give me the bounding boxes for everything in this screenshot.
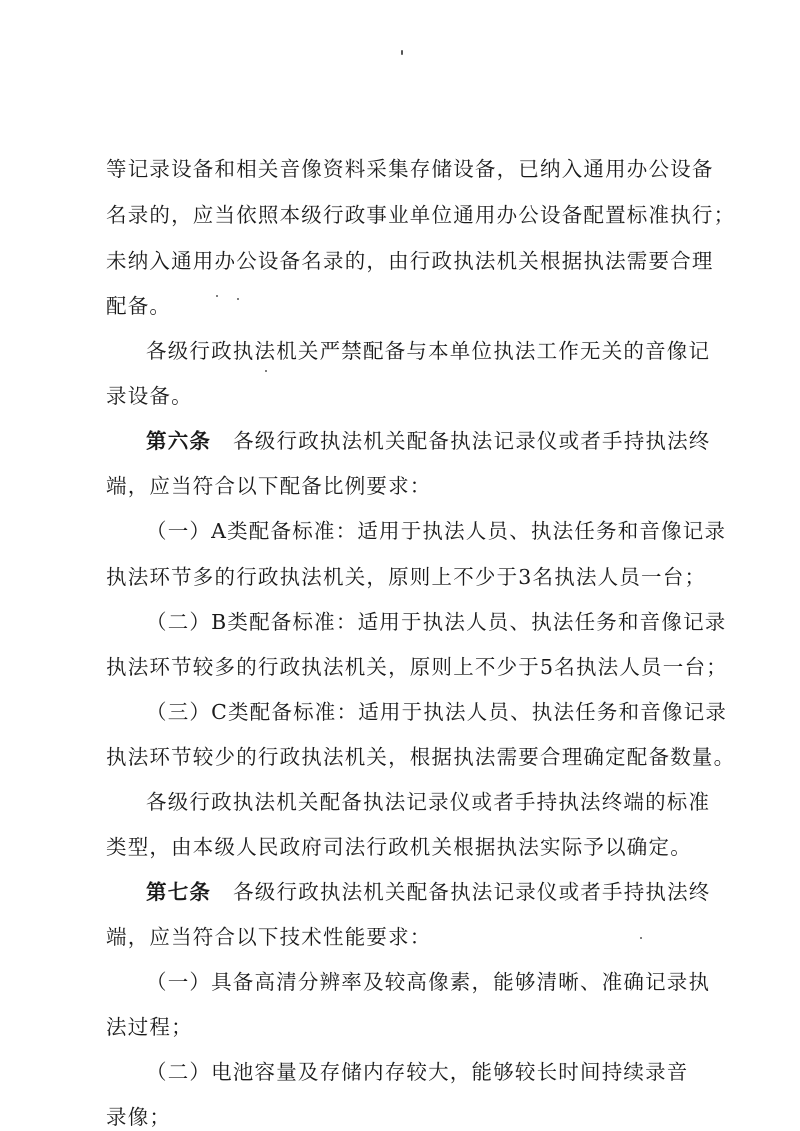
list-item-1: （一）具备高清分辨率及较高像素，能够清晰、准确记录执	[146, 967, 746, 997]
article-seven-text: 各级行政执法机关配备执法记录仪或者手持执法终	[233, 880, 710, 904]
list-item-2: （二）电池容量及存储内存较大，能够较长时间持续录音	[146, 1057, 746, 1087]
scan-speck	[237, 298, 239, 300]
list-item-b: （二）B类配备标准：适用于执法人员、执法任务和音像记录	[146, 607, 746, 637]
article-six-text: 各级行政执法机关配备执法记录仪或者手持执法终	[233, 429, 710, 453]
paragraph-line: 端，应当符合以下技术性能要求：	[106, 922, 706, 952]
paragraph-line: 执法环节较多的行政执法机关，原则上不少于5名执法人员一台；	[106, 652, 706, 682]
scan-speck	[640, 937, 642, 939]
article-seven-line: 第七条各级行政执法机关配备执法记录仪或者手持执法终	[146, 877, 746, 907]
document-page: 等记录设备和相关音像资料采集存储设备，已纳入通用办公设备 名录的，应当依照本级行…	[0, 0, 800, 1131]
article-six-label: 第六条	[146, 429, 211, 453]
scan-speck	[265, 370, 267, 372]
paragraph-line: 录设备。	[106, 381, 706, 411]
paragraph-line: 配备。	[106, 291, 706, 321]
paragraph-line: 类型，由本级人民政府司法行政机关根据执法实际予以确定。	[106, 832, 706, 862]
paragraph-line: 执法环节多的行政执法机关，原则上不少于3名执法人员一台；	[106, 562, 706, 592]
list-item-c: （三）C类配备标准：适用于执法人员、执法任务和音像记录	[146, 697, 746, 727]
paragraph-line: 执法环节较少的行政执法机关，根据执法需要合理确定配备数量。	[106, 742, 706, 772]
paragraph-line: 端，应当符合以下配备比例要求：	[106, 471, 706, 501]
scan-speck	[401, 50, 403, 55]
paragraph-line: 法过程；	[106, 1012, 706, 1042]
paragraph-line: 等记录设备和相关音像资料采集存储设备，已纳入通用办公设备	[106, 154, 706, 184]
scan-speck	[216, 295, 218, 297]
paragraph-line: 录像；	[106, 1102, 706, 1131]
paragraph-line: 名录的，应当依照本级行政事业单位通用办公设备配置标准执行；	[106, 200, 706, 230]
scan-speck	[286, 357, 288, 359]
list-item-a: （一）A类配备标准：适用于执法人员、执法任务和音像记录	[146, 516, 746, 546]
article-seven-label: 第七条	[146, 880, 211, 904]
paragraph-line: 各级行政执法机关配备执法记录仪或者手持执法终端的标准	[146, 787, 746, 817]
paragraph-line: 各级行政执法机关严禁配备与本单位执法工作无关的音像记	[146, 336, 746, 366]
article-six-line: 第六条各级行政执法机关配备执法记录仪或者手持执法终	[146, 426, 746, 456]
paragraph-line: 未纳入通用办公设备名录的，由行政执法机关根据执法需要合理	[106, 246, 706, 276]
